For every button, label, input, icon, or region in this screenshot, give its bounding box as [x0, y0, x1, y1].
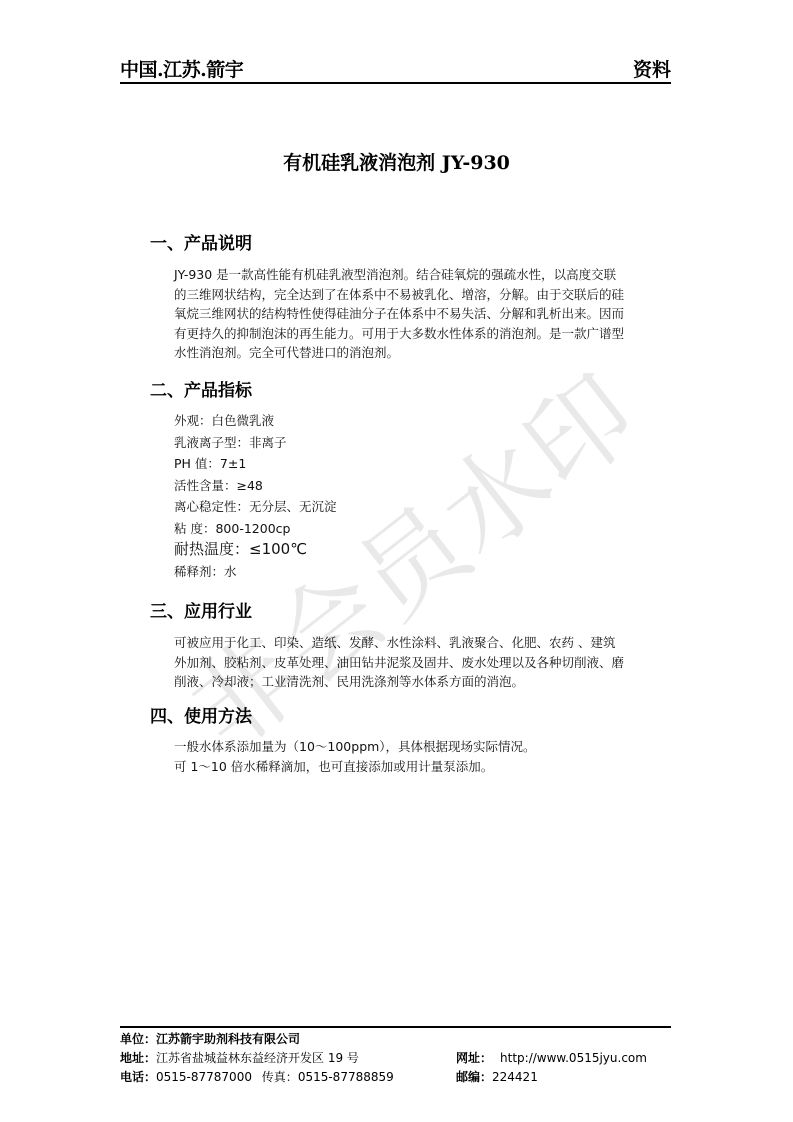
- section-description-body: JY-930 是一款高性能有机硅乳液型消泡剂。结合硅氧烷的强疏水性，以高度交联 …: [174, 265, 674, 363]
- footer-divider: [120, 1026, 671, 1028]
- address-value: 江苏省盐城益林东益经济开发区 19 号: [156, 1051, 359, 1065]
- paragraph-line: 氧烷三维网状的结构特性使得硅油分子在体系中不易失活、分解和乳析出来。因而: [174, 304, 674, 324]
- section-heading-applications: 三、应用行业: [150, 600, 252, 624]
- paragraph-line: 水性消泡剂。完全可代替进口的消泡剂。: [174, 343, 674, 363]
- phone-label: 电话：: [120, 1070, 156, 1084]
- paragraph-line: JY-930 是一款高性能有机硅乳液型消泡剂。结合硅氧烷的强疏水性，以高度交联: [174, 265, 674, 285]
- fax-label: 传真：: [262, 1070, 298, 1084]
- footer-company-row: 单位：江苏箭宇助剂科技有限公司: [120, 1030, 680, 1049]
- paragraph-line: 外加剂、胶粘剂、皮革处理、油田钻井泥浆及固井、废水处理以及各种切削液、磨: [174, 653, 674, 673]
- document-page: 非会员水印 中国.江苏.箭宇 资料 有机硅乳液消泡剂 JY-930 一、产品说明…: [0, 0, 793, 1122]
- postcode-field: 邮编：224421: [456, 1068, 538, 1087]
- spec-centrifugal-stability: 离心稳定性：无分层、无沉淀: [174, 496, 574, 518]
- spec-heat-resistance: 耐热温度：≤100℃: [174, 539, 574, 561]
- spec-list: 外观：白色微乳液 乳液离子型：非离子 PH 值：7±1 活性含量：≥48 离心稳…: [174, 410, 574, 582]
- section-heading-specs: 二、产品指标: [150, 379, 252, 403]
- spec-viscosity: 粘 度：800-1200cp: [174, 518, 574, 540]
- paragraph-line: 有更持久的抑制泡沫的再生能力。可用于大多数水性体系的消泡剂。是一款广谱型: [174, 324, 674, 344]
- website-label: 网址：: [456, 1051, 492, 1065]
- website-field: 网址：http://www.0515jyu.com: [456, 1049, 647, 1068]
- page-header: 中国.江苏.箭宇 资料: [120, 58, 671, 84]
- paragraph-line: 可被应用于化工、印染、造纸、发酵、水性涂料、乳液聚合、化肥、农药 、建筑: [174, 633, 674, 653]
- phone-value: 0515-87787000: [156, 1070, 252, 1084]
- spec-diluent: 稀释剂：水: [174, 561, 574, 583]
- paragraph-line: 的三维网状结构，完全达到了在体系中不易被乳化、增溶，分解。由于交联后的硅: [174, 285, 674, 305]
- paragraph-line: 一般水体系添加量为（10～100ppm），具体根据现场实际情况。: [174, 737, 674, 757]
- company-name: 江苏箭宇助剂科技有限公司: [156, 1032, 300, 1046]
- paragraph-line: 削液、冷却液；工业清洗剂、民用洗涤剂等水体系方面的消泡。: [174, 672, 674, 692]
- spec-ionic-type: 乳液离子型：非离子: [174, 432, 574, 454]
- header-doc-type-label: 资料: [633, 58, 671, 82]
- header-origin-label: 中国.江苏.箭宇: [120, 58, 243, 82]
- footer-contact-row: 电话：0515-87787000 传真：0515-87788859 邮编：224…: [120, 1068, 680, 1087]
- address-label: 地址：: [120, 1051, 156, 1065]
- section-heading-description: 一、产品说明: [150, 232, 252, 256]
- fax-value: 0515-87788859: [298, 1070, 394, 1084]
- spec-appearance: 外观：白色微乳液: [174, 410, 574, 432]
- section-applications-body: 可被应用于化工、印染、造纸、发酵、水性涂料、乳液聚合、化肥、农药 、建筑 外加剂…: [174, 633, 674, 692]
- spec-ph: PH 值：7±1: [174, 453, 574, 475]
- spec-active-content: 活性含量：≥48: [174, 475, 574, 497]
- page-footer: 单位：江苏箭宇助剂科技有限公司 地址：江苏省盐城益林东益经济开发区 19 号 网…: [120, 1030, 680, 1087]
- paragraph-line: 可 1～10 倍水稀释滴加，也可直接添加或用计量泵添加。: [174, 757, 674, 777]
- postcode-label: 邮编：: [456, 1070, 492, 1084]
- section-heading-usage: 四、使用方法: [150, 705, 252, 729]
- footer-address-row: 地址：江苏省盐城益林东益经济开发区 19 号 网址：http://www.051…: [120, 1049, 680, 1068]
- website-link[interactable]: http://www.0515jyu.com: [500, 1051, 647, 1065]
- postcode-value: 224421: [492, 1070, 538, 1084]
- section-usage-body: 一般水体系添加量为（10～100ppm），具体根据现场实际情况。 可 1～10 …: [174, 737, 674, 776]
- company-label: 单位：: [120, 1032, 156, 1046]
- document-title: 有机硅乳液消泡剂 JY-930: [0, 150, 793, 176]
